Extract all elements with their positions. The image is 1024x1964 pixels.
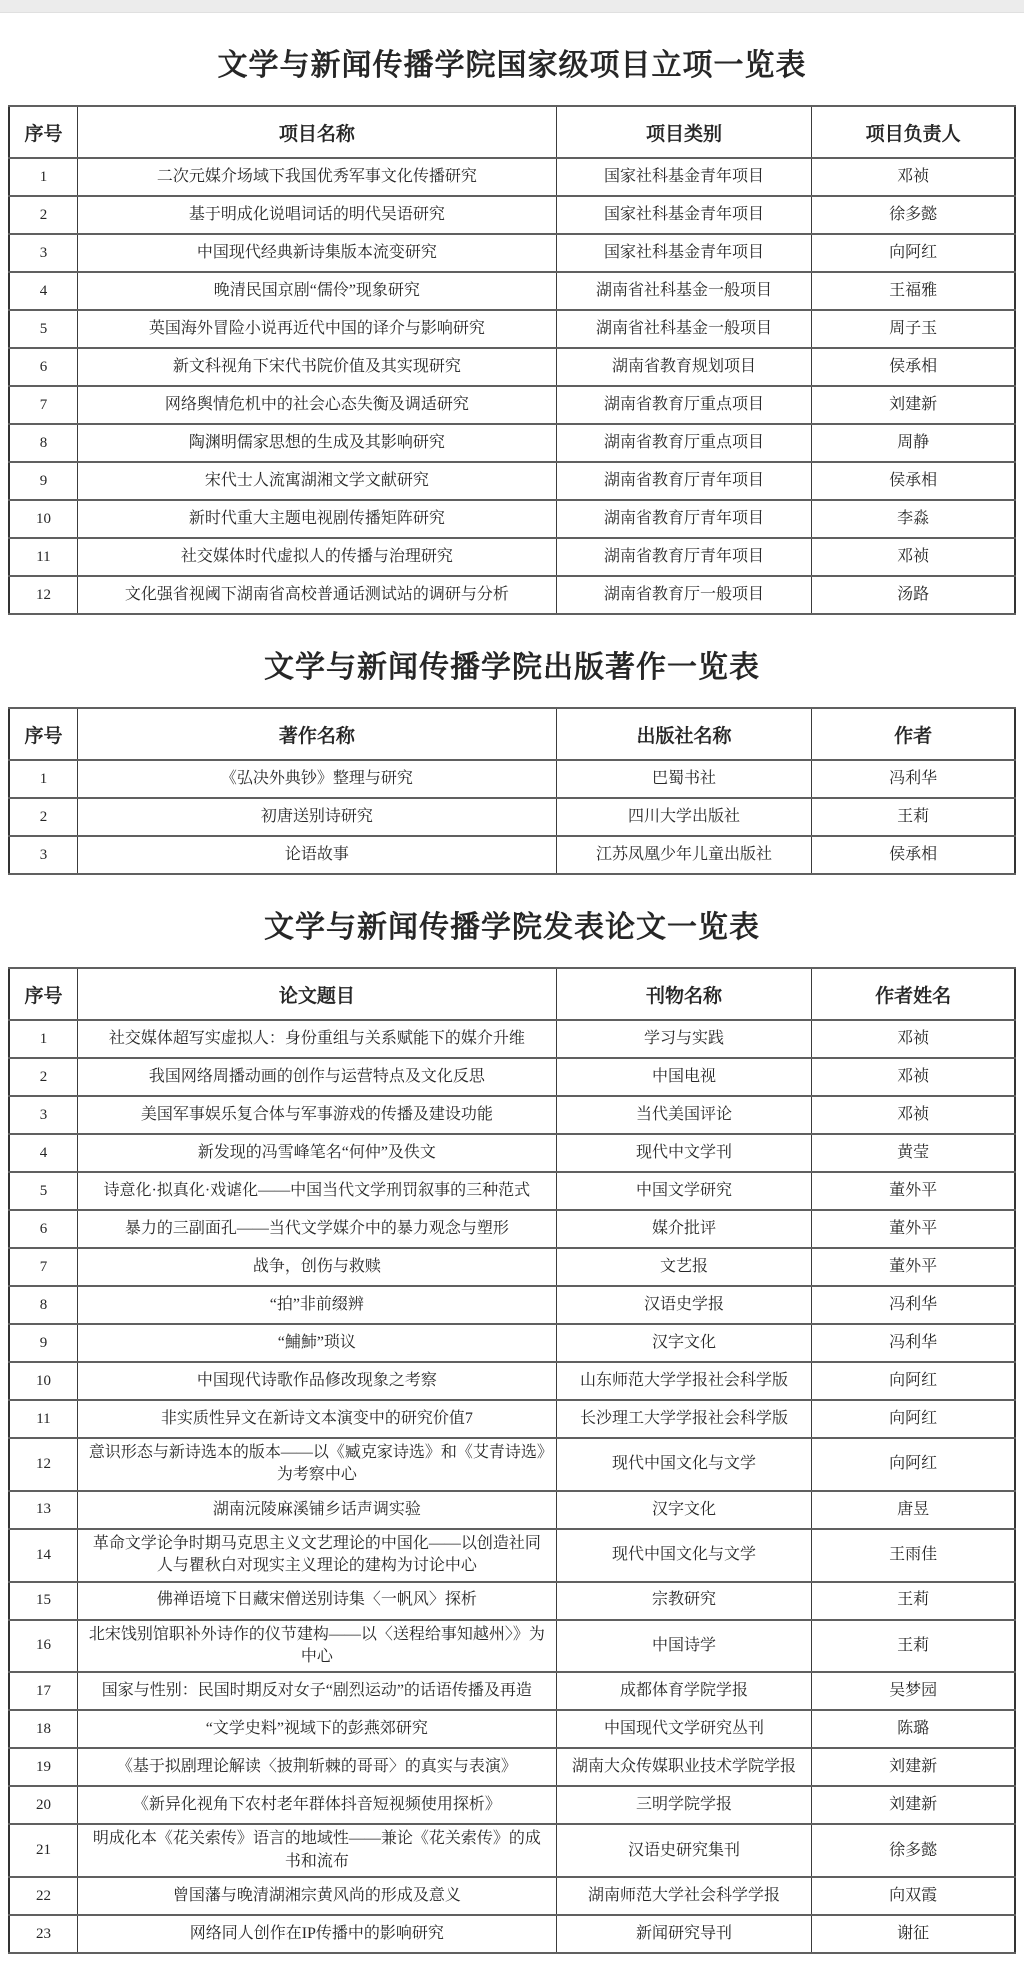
row-person-cell: 刘建新 bbox=[812, 1786, 1015, 1824]
row-person-cell: 冯利华 bbox=[812, 1324, 1015, 1362]
row-person-cell: 王莉 bbox=[812, 1620, 1015, 1673]
table-header: 序号 项目名称 项目类别 项目负责人 bbox=[9, 106, 1015, 158]
published-papers-title: 文学与新闻传播学院发表论文一览表 bbox=[8, 902, 1016, 946]
row-person-cell: 向双霞 bbox=[812, 1877, 1015, 1915]
table-header: 序号 著作名称 出版社名称 作者 bbox=[9, 708, 1015, 760]
published-books-table-body: 1《弘决外典钞》整理与研究巴蜀书社冯利华2初唐送别诗研究四川大学出版社王莉3论语… bbox=[9, 760, 1015, 874]
table-row: 11社交媒体时代虚拟人的传播与治理研究湖南省教育厅青年项目邓祯 bbox=[9, 538, 1015, 576]
row-category-cell: 中国现代文学研究丛刊 bbox=[556, 1710, 812, 1748]
row-person-cell: 徐多懿 bbox=[812, 196, 1015, 234]
row-name-cell: 明成化本《花关索传》语言的地域性——兼论《花关索传》的成书和流布 bbox=[77, 1824, 556, 1877]
table-row: 3论语故事江苏凤凰少年儿童出版社侯承相 bbox=[9, 836, 1015, 874]
row-name-cell: 国家与性别：民国时期反对女子“剧烈运动”的话语传播及再造 bbox=[77, 1672, 556, 1710]
row-person-cell: 冯利华 bbox=[812, 760, 1015, 798]
row-person-cell: 刘建新 bbox=[812, 386, 1015, 424]
row-name-cell: 社交媒体超写实虚拟人：身份重组与关系赋能下的媒介升维 bbox=[77, 1020, 556, 1058]
row-person-cell: 邓祯 bbox=[812, 1020, 1015, 1058]
row-person-cell: 侯承相 bbox=[812, 462, 1015, 500]
header-cell-index: 序号 bbox=[9, 708, 77, 760]
table-row: 4新发现的冯雪峰笔名“何仲”及佚文现代中文学刊黄莹 bbox=[9, 1134, 1015, 1172]
row-index-cell: 2 bbox=[9, 196, 77, 234]
row-category-cell: 湖南省教育规划项目 bbox=[556, 348, 812, 386]
row-name-cell: 《基于拟剧理论解读〈披荆斩棘的哥哥〉的真实与表演》 bbox=[77, 1748, 556, 1786]
row-index-cell: 4 bbox=[9, 1134, 77, 1172]
table-row: 15佛禅语境下日藏宋僧送别诗集〈一帆风〉探析宗教研究王莉 bbox=[9, 1582, 1015, 1620]
table-row: 10新时代重大主题电视剧传播矩阵研究湖南省教育厅青年项目李淼 bbox=[9, 500, 1015, 538]
header-cell-author-name: 作者姓名 bbox=[812, 968, 1015, 1020]
row-index-cell: 2 bbox=[9, 798, 77, 836]
row-person-cell: 邓祯 bbox=[812, 1096, 1015, 1134]
row-name-cell: 陶渊明儒家思想的生成及其影响研究 bbox=[77, 424, 556, 462]
table-row: 2初唐送别诗研究四川大学出版社王莉 bbox=[9, 798, 1015, 836]
row-person-cell: 王雨佳 bbox=[812, 1529, 1015, 1582]
header-row: 序号 论文题目 刊物名称 作者姓名 bbox=[9, 968, 1015, 1020]
row-index-cell: 3 bbox=[9, 234, 77, 272]
row-name-cell: 中国现代诗歌作品修改现象之考察 bbox=[77, 1362, 556, 1400]
row-index-cell: 3 bbox=[9, 1096, 77, 1134]
table-row: 1《弘决外典钞》整理与研究巴蜀书社冯利华 bbox=[9, 760, 1015, 798]
table-row: 3美国军事娱乐复合体与军事游戏的传播及建设功能当代美国评论邓祯 bbox=[9, 1096, 1015, 1134]
row-name-cell: 新时代重大主题电视剧传播矩阵研究 bbox=[77, 500, 556, 538]
header-row: 序号 著作名称 出版社名称 作者 bbox=[9, 708, 1015, 760]
row-person-cell: 陈璐 bbox=[812, 1710, 1015, 1748]
table-row: 18“文学史料”视域下的彭燕郊研究中国现代文学研究丛刊陈璐 bbox=[9, 1710, 1015, 1748]
row-name-cell: 曾国藩与晚清湖湘宗黄风尚的形成及意义 bbox=[77, 1877, 556, 1915]
row-person-cell: 冯利华 bbox=[812, 1286, 1015, 1324]
row-person-cell: 董外平 bbox=[812, 1210, 1015, 1248]
national-projects-title: 文学与新闻传播学院国家级项目立项一览表 bbox=[8, 40, 1016, 84]
row-category-cell: 三明学院学报 bbox=[556, 1786, 812, 1824]
row-name-cell: 基于明成化说唱词话的明代吴语研究 bbox=[77, 196, 556, 234]
national-projects-table-body: 1二次元媒介场域下我国优秀军事文化传播研究国家社科基金青年项目邓祯2基于明成化说… bbox=[9, 158, 1015, 614]
national-projects-table: 序号 项目名称 项目类别 项目负责人 1二次元媒介场域下我国优秀军事文化传播研究… bbox=[8, 105, 1016, 615]
row-person-cell: 向阿红 bbox=[812, 1362, 1015, 1400]
published-books-table: 序号 著作名称 出版社名称 作者 1《弘决外典钞》整理与研究巴蜀书社冯利华2初唐… bbox=[8, 707, 1016, 875]
table-row: 6新文科视角下宋代书院价值及其实现研究湖南省教育规划项目侯承相 bbox=[9, 348, 1015, 386]
table-row: 10中国现代诗歌作品修改现象之考察山东师范大学学报社会科学版向阿红 bbox=[9, 1362, 1015, 1400]
row-category-cell: 媒介批评 bbox=[556, 1210, 812, 1248]
row-name-cell: 革命文学论争时期马克思主义文艺理论的中国化——以创造社同人与瞿秋白对现实主义理论… bbox=[77, 1529, 556, 1582]
table-row: 8“拍”非前缀辨汉语史学报冯利华 bbox=[9, 1286, 1015, 1324]
row-person-cell: 谢征 bbox=[812, 1915, 1015, 1953]
row-index-cell: 12 bbox=[9, 576, 77, 614]
row-category-cell: 汉字文化 bbox=[556, 1491, 812, 1529]
table-row: 1社交媒体超写实虚拟人：身份重组与关系赋能下的媒介升维学习与实践邓祯 bbox=[9, 1020, 1015, 1058]
row-category-cell: 湖南省社科基金一般项目 bbox=[556, 310, 812, 348]
row-index-cell: 11 bbox=[9, 538, 77, 576]
row-category-cell: 中国电视 bbox=[556, 1058, 812, 1096]
table-row: 12文化强省视阈下湖南省高校普通话测试站的调研与分析湖南省教育厅一般项目汤路 bbox=[9, 576, 1015, 614]
row-category-cell: 山东师范大学学报社会科学版 bbox=[556, 1362, 812, 1400]
row-person-cell: 邓祯 bbox=[812, 538, 1015, 576]
row-name-cell: 网络同人创作在IP传播中的影响研究 bbox=[77, 1915, 556, 1953]
row-category-cell: 当代美国评论 bbox=[556, 1096, 812, 1134]
row-category-cell: 国家社科基金青年项目 bbox=[556, 158, 812, 196]
row-category-cell: 汉字文化 bbox=[556, 1324, 812, 1362]
row-category-cell: 汉语史学报 bbox=[556, 1286, 812, 1324]
row-index-cell: 17 bbox=[9, 1672, 77, 1710]
row-category-cell: 宗教研究 bbox=[556, 1582, 812, 1620]
row-category-cell: 现代中国文化与文学 bbox=[556, 1529, 812, 1582]
row-category-cell: 湖南省社科基金一般项目 bbox=[556, 272, 812, 310]
table-row: 2基于明成化说唱词话的明代吴语研究国家社科基金青年项目徐多懿 bbox=[9, 196, 1015, 234]
row-name-cell: 中国现代经典新诗集版本流变研究 bbox=[77, 234, 556, 272]
table-row: 4晚清民国京剧“儒伶”现象研究湖南省社科基金一般项目王福雅 bbox=[9, 272, 1015, 310]
published-papers-section: 文学与新闻传播学院发表论文一览表 序号 论文题目 刊物名称 作者姓名 1社交媒体… bbox=[8, 902, 1016, 1954]
published-papers-table-body: 1社交媒体超写实虚拟人：身份重组与关系赋能下的媒介升维学习与实践邓祯2我国网络周… bbox=[9, 1020, 1015, 1953]
row-person-cell: 汤路 bbox=[812, 576, 1015, 614]
row-name-cell: 北宋饯别馆职补外诗作的仪节建构——以〈送程给事知越州〉》为中心 bbox=[77, 1620, 556, 1673]
row-person-cell: 向阿红 bbox=[812, 234, 1015, 272]
row-index-cell: 10 bbox=[9, 1362, 77, 1400]
row-index-cell: 7 bbox=[9, 1248, 77, 1286]
table-header: 序号 论文题目 刊物名称 作者姓名 bbox=[9, 968, 1015, 1020]
row-person-cell: 王莉 bbox=[812, 1582, 1015, 1620]
table-row: 9“鯆䰽”琐议汉字文化冯利华 bbox=[9, 1324, 1015, 1362]
row-index-cell: 6 bbox=[9, 1210, 77, 1248]
row-index-cell: 22 bbox=[9, 1877, 77, 1915]
header-cell-project-leader: 项目负责人 bbox=[812, 106, 1015, 158]
row-person-cell: 侯承相 bbox=[812, 836, 1015, 874]
row-person-cell: 周子玉 bbox=[812, 310, 1015, 348]
table-row: 14革命文学论争时期马克思主义文艺理论的中国化——以创造社同人与瞿秋白对现实主义… bbox=[9, 1529, 1015, 1582]
row-category-cell: 现代中国文化与文学 bbox=[556, 1438, 812, 1491]
header-cell-journal-name: 刊物名称 bbox=[556, 968, 812, 1020]
row-category-cell: 湖南省教育厅青年项目 bbox=[556, 462, 812, 500]
row-index-cell: 8 bbox=[9, 1286, 77, 1324]
row-index-cell: 5 bbox=[9, 310, 77, 348]
row-category-cell: 湖南省教育厅青年项目 bbox=[556, 500, 812, 538]
table-row: 2我国网络周播动画的创作与运营特点及文化反思中国电视邓祯 bbox=[9, 1058, 1015, 1096]
row-index-cell: 1 bbox=[9, 158, 77, 196]
table-row: 7战争，创伤与救赎文艺报董外平 bbox=[9, 1248, 1015, 1286]
row-index-cell: 8 bbox=[9, 424, 77, 462]
row-name-cell: 佛禅语境下日藏宋僧送别诗集〈一帆风〉探析 bbox=[77, 1582, 556, 1620]
table-row: 23网络同人创作在IP传播中的影响研究新闻研究导刊谢征 bbox=[9, 1915, 1015, 1953]
header-cell-project-name: 项目名称 bbox=[77, 106, 556, 158]
national-projects-section: 文学与新闻传播学院国家级项目立项一览表 序号 项目名称 项目类别 项目负责人 1… bbox=[8, 40, 1016, 615]
row-category-cell: 长沙理工大学学报社会科学版 bbox=[556, 1400, 812, 1438]
row-name-cell: 湖南沅陵麻溪铺乡话声调实验 bbox=[77, 1491, 556, 1529]
row-index-cell: 6 bbox=[9, 348, 77, 386]
header-cell-paper-title: 论文题目 bbox=[77, 968, 556, 1020]
row-index-cell: 13 bbox=[9, 1491, 77, 1529]
row-name-cell: 社交媒体时代虚拟人的传播与治理研究 bbox=[77, 538, 556, 576]
row-person-cell: 徐多懿 bbox=[812, 1824, 1015, 1877]
row-person-cell: 王莉 bbox=[812, 798, 1015, 836]
row-category-cell: 湖南师范大学社会科学学报 bbox=[556, 1877, 812, 1915]
table-row: 16北宋饯别馆职补外诗作的仪节建构——以〈送程给事知越州〉》为中心中国诗学王莉 bbox=[9, 1620, 1015, 1673]
row-person-cell: 董外平 bbox=[812, 1248, 1015, 1286]
header-cell-index: 序号 bbox=[9, 968, 77, 1020]
header-cell-project-type: 项目类别 bbox=[556, 106, 812, 158]
published-papers-table: 序号 论文题目 刊物名称 作者姓名 1社交媒体超写实虚拟人：身份重组与关系赋能下… bbox=[8, 967, 1016, 1954]
row-person-cell: 周静 bbox=[812, 424, 1015, 462]
row-category-cell: 汉语史研究集刊 bbox=[556, 1824, 812, 1877]
row-index-cell: 23 bbox=[9, 1915, 77, 1953]
table-row: 22曾国藩与晚清湖湘宗黄风尚的形成及意义湖南师范大学社会科学学报向双霞 bbox=[9, 1877, 1015, 1915]
table-row: 8陶渊明儒家思想的生成及其影响研究湖南省教育厅重点项目周静 bbox=[9, 424, 1015, 462]
row-category-cell: 江苏凤凰少年儿童出版社 bbox=[556, 836, 812, 874]
table-row: 12意识形态与新诗选本的版本——以《臧克家诗选》和《艾青诗选》为考察中心现代中国… bbox=[9, 1438, 1015, 1491]
header-cell-index: 序号 bbox=[9, 106, 77, 158]
row-name-cell: 非实质性异文在新诗文本演变中的研究价值7 bbox=[77, 1400, 556, 1438]
row-category-cell: 湖南省教育厅重点项目 bbox=[556, 424, 812, 462]
row-person-cell: 李淼 bbox=[812, 500, 1015, 538]
row-category-cell: 湖南省教育厅一般项目 bbox=[556, 576, 812, 614]
table-row: 9宋代士人流寓湖湘文学文献研究湖南省教育厅青年项目侯承相 bbox=[9, 462, 1015, 500]
row-name-cell: 意识形态与新诗选本的版本——以《臧克家诗选》和《艾青诗选》为考察中心 bbox=[77, 1438, 556, 1491]
row-index-cell: 20 bbox=[9, 1786, 77, 1824]
row-name-cell: 《弘决外典钞》整理与研究 bbox=[77, 760, 556, 798]
row-name-cell: 美国军事娱乐复合体与军事游戏的传播及建设功能 bbox=[77, 1096, 556, 1134]
row-category-cell: 文艺报 bbox=[556, 1248, 812, 1286]
row-category-cell: 湖南省教育厅青年项目 bbox=[556, 538, 812, 576]
row-index-cell: 5 bbox=[9, 1172, 77, 1210]
table-row: 17国家与性别：民国时期反对女子“剧烈运动”的话语传播及再造成都体育学院学报吴梦… bbox=[9, 1672, 1015, 1710]
row-index-cell: 18 bbox=[9, 1710, 77, 1748]
row-category-cell: 中国文学研究 bbox=[556, 1172, 812, 1210]
row-name-cell: 我国网络周播动画的创作与运营特点及文化反思 bbox=[77, 1058, 556, 1096]
table-row: 5英国海外冒险小说再近代中国的译介与影响研究湖南省社科基金一般项目周子玉 bbox=[9, 310, 1015, 348]
row-name-cell: 战争，创伤与救赎 bbox=[77, 1248, 556, 1286]
row-person-cell: 侯承相 bbox=[812, 348, 1015, 386]
table-row: 21明成化本《花关索传》语言的地域性——兼论《花关索传》的成书和流布汉语史研究集… bbox=[9, 1824, 1015, 1877]
table-row: 13湖南沅陵麻溪铺乡话声调实验汉字文化唐昱 bbox=[9, 1491, 1015, 1529]
row-name-cell: 初唐送别诗研究 bbox=[77, 798, 556, 836]
row-person-cell: 向阿红 bbox=[812, 1438, 1015, 1491]
table-row: 1二次元媒介场域下我国优秀军事文化传播研究国家社科基金青年项目邓祯 bbox=[9, 158, 1015, 196]
row-category-cell: 现代中文学刊 bbox=[556, 1134, 812, 1172]
row-category-cell: 湖南省教育厅重点项目 bbox=[556, 386, 812, 424]
table-row: 11非实质性异文在新诗文本演变中的研究价值7长沙理工大学学报社会科学版向阿红 bbox=[9, 1400, 1015, 1438]
row-name-cell: 《新异化视角下农村老年群体抖音短视频使用探析》 bbox=[77, 1786, 556, 1824]
row-category-cell: 国家社科基金青年项目 bbox=[556, 196, 812, 234]
row-category-cell: 巴蜀书社 bbox=[556, 760, 812, 798]
document-page: 文学与新闻传播学院国家级项目立项一览表 序号 项目名称 项目类别 项目负责人 1… bbox=[8, 40, 1016, 1964]
row-category-cell: 中国诗学 bbox=[556, 1620, 812, 1673]
row-name-cell: 论语故事 bbox=[77, 836, 556, 874]
row-name-cell: “文学史料”视域下的彭燕郊研究 bbox=[77, 1710, 556, 1748]
row-index-cell: 9 bbox=[9, 462, 77, 500]
table-row: 20《新异化视角下农村老年群体抖音短视频使用探析》三明学院学报刘建新 bbox=[9, 1786, 1015, 1824]
row-index-cell: 10 bbox=[9, 500, 77, 538]
row-index-cell: 19 bbox=[9, 1748, 77, 1786]
row-index-cell: 2 bbox=[9, 1058, 77, 1096]
row-name-cell: 诗意化·拟真化·戏谑化——中国当代文学刑罚叙事的三种范式 bbox=[77, 1172, 556, 1210]
row-person-cell: 董外平 bbox=[812, 1172, 1015, 1210]
row-name-cell: 新发现的冯雪峰笔名“何仲”及佚文 bbox=[77, 1134, 556, 1172]
row-person-cell: 邓祯 bbox=[812, 1058, 1015, 1096]
row-category-cell: 成都体育学院学报 bbox=[556, 1672, 812, 1710]
row-index-cell: 4 bbox=[9, 272, 77, 310]
row-name-cell: 晚清民国京剧“儒伶”现象研究 bbox=[77, 272, 556, 310]
table-row: 7网络舆情危机中的社会心态失衡及调适研究湖南省教育厅重点项目刘建新 bbox=[9, 386, 1015, 424]
row-index-cell: 1 bbox=[9, 1020, 77, 1058]
table-row: 5诗意化·拟真化·戏谑化——中国当代文学刑罚叙事的三种范式中国文学研究董外平 bbox=[9, 1172, 1015, 1210]
row-name-cell: 网络舆情危机中的社会心态失衡及调适研究 bbox=[77, 386, 556, 424]
page-margin-strip bbox=[0, 0, 1024, 13]
row-category-cell: 新闻研究导刊 bbox=[556, 1915, 812, 1953]
row-index-cell: 16 bbox=[9, 1620, 77, 1673]
row-person-cell: 王福雅 bbox=[812, 272, 1015, 310]
row-person-cell: 黄莹 bbox=[812, 1134, 1015, 1172]
published-books-title: 文学与新闻传播学院出版著作一览表 bbox=[8, 642, 1016, 686]
row-name-cell: “拍”非前缀辨 bbox=[77, 1286, 556, 1324]
table-row: 3中国现代经典新诗集版本流变研究国家社科基金青年项目向阿红 bbox=[9, 234, 1015, 272]
row-index-cell: 3 bbox=[9, 836, 77, 874]
row-index-cell: 11 bbox=[9, 1400, 77, 1438]
row-person-cell: 吴梦园 bbox=[812, 1672, 1015, 1710]
table-row: 6暴力的三副面孔——当代文学媒介中的暴力观念与塑形媒介批评董外平 bbox=[9, 1210, 1015, 1248]
row-index-cell: 15 bbox=[9, 1582, 77, 1620]
row-category-cell: 学习与实践 bbox=[556, 1020, 812, 1058]
row-person-cell: 向阿红 bbox=[812, 1400, 1015, 1438]
row-person-cell: 邓祯 bbox=[812, 158, 1015, 196]
row-index-cell: 21 bbox=[9, 1824, 77, 1877]
row-index-cell: 12 bbox=[9, 1438, 77, 1491]
row-name-cell: 英国海外冒险小说再近代中国的译介与影响研究 bbox=[77, 310, 556, 348]
row-category-cell: 四川大学出版社 bbox=[556, 798, 812, 836]
row-category-cell: 国家社科基金青年项目 bbox=[556, 234, 812, 272]
published-books-section: 文学与新闻传播学院出版著作一览表 序号 著作名称 出版社名称 作者 1《弘决外典… bbox=[8, 642, 1016, 875]
header-cell-author: 作者 bbox=[812, 708, 1015, 760]
row-name-cell: 宋代士人流寓湖湘文学文献研究 bbox=[77, 462, 556, 500]
row-name-cell: 文化强省视阈下湖南省高校普通话测试站的调研与分析 bbox=[77, 576, 556, 614]
row-index-cell: 1 bbox=[9, 760, 77, 798]
header-cell-book-name: 著作名称 bbox=[77, 708, 556, 760]
row-name-cell: 暴力的三副面孔——当代文学媒介中的暴力观念与塑形 bbox=[77, 1210, 556, 1248]
row-index-cell: 14 bbox=[9, 1529, 77, 1582]
header-cell-publisher: 出版社名称 bbox=[556, 708, 812, 760]
row-name-cell: “鯆䰽”琐议 bbox=[77, 1324, 556, 1362]
header-row: 序号 项目名称 项目类别 项目负责人 bbox=[9, 106, 1015, 158]
row-index-cell: 7 bbox=[9, 386, 77, 424]
row-name-cell: 新文科视角下宋代书院价值及其实现研究 bbox=[77, 348, 556, 386]
table-row: 19《基于拟剧理论解读〈披荆斩棘的哥哥〉的真实与表演》湖南大众传媒职业技术学院学… bbox=[9, 1748, 1015, 1786]
row-category-cell: 湖南大众传媒职业技术学院学报 bbox=[556, 1748, 812, 1786]
row-index-cell: 9 bbox=[9, 1324, 77, 1362]
row-person-cell: 刘建新 bbox=[812, 1748, 1015, 1786]
row-name-cell: 二次元媒介场域下我国优秀军事文化传播研究 bbox=[77, 158, 556, 196]
row-person-cell: 唐昱 bbox=[812, 1491, 1015, 1529]
